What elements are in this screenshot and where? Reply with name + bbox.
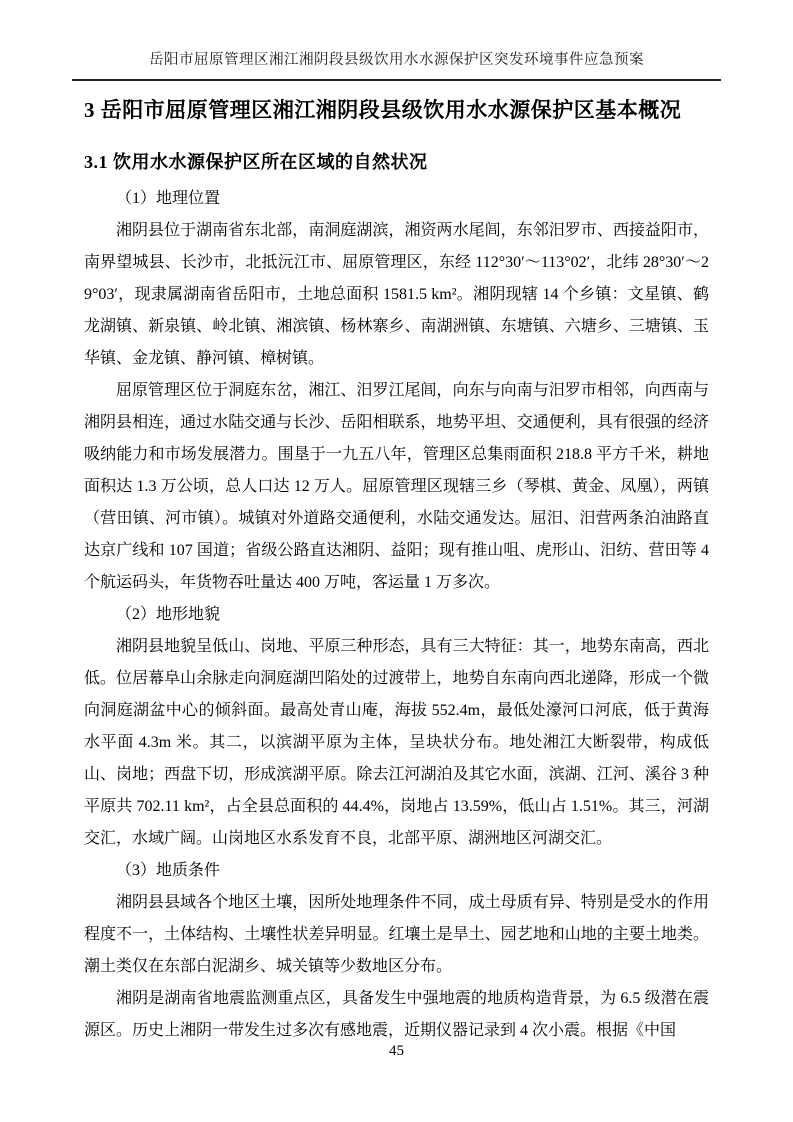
chapter-heading: 3 岳阳市屈原管理区湘江湘阴段县级饮用水水源保护区基本概况 bbox=[84, 95, 709, 125]
document-page: 岳阳市屈原管理区湘江湘阴段县级饮用水水源保护区突发环境事件应急预案 3 岳阳市屈… bbox=[0, 0, 793, 1122]
running-header-title: 岳阳市屈原管理区湘江湘阴段县级饮用水水源保护区突发环境事件应急预案 bbox=[84, 50, 709, 70]
subsection-heading-topography: （2）地形地貌 bbox=[84, 599, 709, 631]
page-header: 岳阳市屈原管理区湘江湘阴段县级饮用水水源保护区突发环境事件应急预案 bbox=[84, 50, 709, 81]
page-number: 45 bbox=[0, 1043, 793, 1060]
paragraph-quyuan-district-location: 屈原管理区位于洞庭东岔，湘江、汨罗江尾闾，向东与向南与汨罗市相邻，向西南与湘阴县… bbox=[84, 375, 709, 599]
section-heading: 3.1 饮用水水源保护区所在区域的自然状况 bbox=[84, 149, 709, 175]
header-divider bbox=[72, 79, 721, 81]
paragraph-soil-conditions: 湘阴县县域各个地区土壤，因所处地理条件不同，成土母质有异、特别是受水的作用程度不… bbox=[84, 887, 709, 983]
subsection-heading-geographic-location: （1）地理位置 bbox=[84, 183, 709, 215]
paragraph-earthquake-monitoring: 湘阴是湖南省地震监测重点区，具备发生中强地震的地质构造背景，为 6.5 级潜在震… bbox=[84, 983, 709, 1047]
subsection-heading-geological-conditions: （3）地质条件 bbox=[84, 855, 709, 887]
document-body: （1）地理位置 湘阴县位于湖南省东北部，南洞庭湖滨，湘资两水尾闾，东邻汨罗市、西… bbox=[84, 183, 709, 1047]
paragraph-topography: 湘阴县地貌呈低山、岗地、平原三种形态，具有三大特征：其一，地势东南高，西北低。位… bbox=[84, 631, 709, 855]
paragraph-xiangyin-county-location: 湘阴县位于湖南省东北部，南洞庭湖滨，湘资两水尾闾，东邻汨罗市、西接益阳市，南界望… bbox=[84, 215, 709, 375]
